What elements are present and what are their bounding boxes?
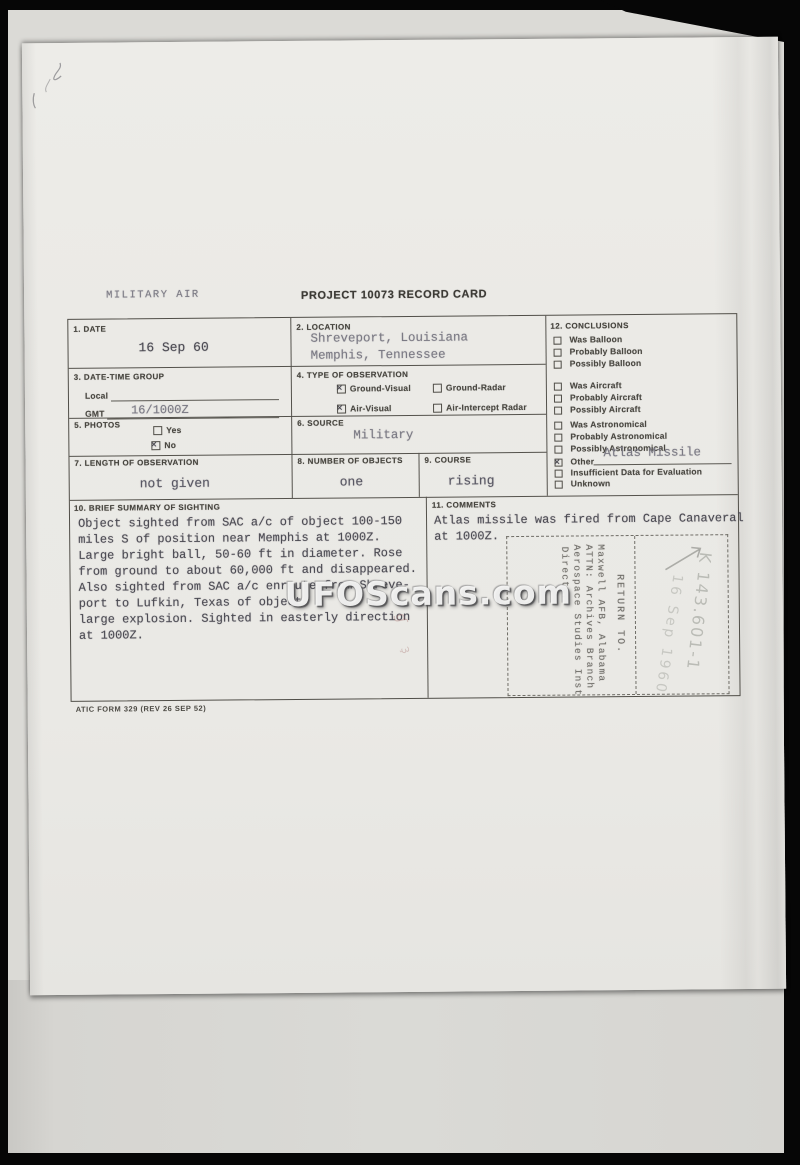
pencil-date-note: 16 Sep 1960 <box>652 573 686 696</box>
source-value: Military <box>353 428 413 443</box>
conclusion-item: Probably Astronomical <box>570 431 667 442</box>
stamp-address-line-3: ATTN: Archives Branch <box>583 544 595 692</box>
scanned-document-page: { "page": { "watermark": "UFOScans.com" … <box>0 0 800 1165</box>
return-to-stamp: Director Aerospace Studies Inst ATTN: Ar… <box>506 534 729 696</box>
record-card-table: 1. DATE 16 Sep 60 2. LOCATION Shreveport… <box>67 313 740 702</box>
photos-yes-label: Yes <box>166 425 181 435</box>
conclusion-item: Possibly Balloon <box>570 358 642 369</box>
air-intercept-radar-label: Air-Intercept Radar <box>446 402 527 413</box>
conclusion-checkbox <box>554 349 562 357</box>
conclusion-checkbox <box>554 422 562 430</box>
backing-sheet-shadow <box>8 980 784 1153</box>
conclusion-item: Was Astronomical <box>570 419 647 430</box>
stamp-address-line-4: Maxwell AFB, Alabama <box>595 544 607 692</box>
photos-no-checkbox <box>151 441 160 450</box>
conclusion-other-checkbox <box>555 459 563 467</box>
length-of-observation-value: not given <box>140 476 210 492</box>
photos-label: 5. PHOTOS <box>74 420 120 429</box>
summary-line-8: at 1000Z. <box>79 628 144 643</box>
course-label: 9. COURSE <box>424 455 471 464</box>
ground-visual-checkbox <box>337 385 346 394</box>
source-label: 6. SOURCE <box>297 419 344 428</box>
conclusions-list: Was Balloon Probably Balloon Possibly Ba… <box>550 314 738 496</box>
air-visual-checkbox <box>337 405 346 414</box>
gmt-label: GMT <box>85 409 105 419</box>
conclusion-item: Was Balloon <box>569 334 622 344</box>
ground-radar-checkbox <box>433 384 442 393</box>
local-underline <box>111 399 279 401</box>
gmt-underline <box>107 417 279 420</box>
conclusion-checkbox <box>554 446 562 454</box>
ground-visual-label: Ground-Visual <box>350 383 411 394</box>
classification-stamp: MILITARY AIR <box>106 289 200 302</box>
column-divider-2 <box>545 316 548 496</box>
summary-line-2: miles S of position near Memphis at 1000… <box>78 530 381 547</box>
air-intercept-radar-checkbox <box>433 404 442 413</box>
row-divider-1 <box>69 364 546 369</box>
stamp-inner-divider <box>634 536 636 694</box>
conclusion-checkbox <box>555 481 563 489</box>
number-of-objects-label: 8. NUMBER OF OBJECTS <box>297 456 402 466</box>
local-label: Local <box>85 391 108 401</box>
conclusion-item: Possibly Aircraft <box>570 404 641 415</box>
number-of-objects-value: one <box>340 474 364 489</box>
photos-yes-checkbox <box>153 426 162 435</box>
pen-squiggle-mark <box>32 55 82 110</box>
conclusion-item: Unknown <box>571 478 611 488</box>
conclusion-checkbox <box>554 361 562 369</box>
type-of-observation-label: 4. TYPE OF OBSERVATION <box>297 370 409 380</box>
conclusion-checkbox <box>554 434 562 442</box>
conclusion-checkbox <box>554 407 562 415</box>
conclusion-checkbox <box>553 337 561 345</box>
column-divider-course <box>418 453 419 497</box>
summary-label: 10. BRIEF SUMMARY OF SIGHTING <box>74 503 220 513</box>
conclusion-other-underline <box>594 463 732 465</box>
column-divider-1 <box>290 318 293 498</box>
stamp-address-line-2: Aerospace Studies Inst <box>571 544 583 692</box>
conclusion-checkbox <box>554 395 562 403</box>
conclusion-checkbox <box>555 470 563 478</box>
form-number: ATIC FORM 329 (REV 26 SEP 52) <box>76 704 207 714</box>
photos-no-label: No <box>164 440 176 450</box>
location-line-1: Shreveport, Louisiana <box>310 330 468 345</box>
conclusion-item-other: Other <box>570 456 594 466</box>
conclusion-item: Probably Aircraft <box>570 392 642 403</box>
summary-line-1: Object sighted from SAC a/c of object 10… <box>78 514 402 531</box>
length-of-observation-label: 7. LENGTH OF OBSERVATION <box>74 458 198 468</box>
location-line-2: Memphis, Tennessee <box>311 348 446 363</box>
conclusion-other-value: Atlas Missile <box>603 445 701 460</box>
summary-line-6: port to Lufkin, Texas of object <box>79 595 302 611</box>
course-value: rising <box>448 473 495 488</box>
conclusion-item: Was Aircraft <box>570 380 622 390</box>
record-card-paper: MILITARY AIR PROJECT 10073 RECORD CARD 1… <box>22 37 786 996</box>
conclusion-item: Insufficient Data for Evaluation <box>571 466 703 477</box>
date-value: 16 Sep 60 <box>138 340 208 356</box>
date-label: 1. DATE <box>73 325 106 334</box>
date-time-group-label: 3. DATE-TIME GROUP <box>74 372 165 382</box>
pencil-scribble-mark-2: Ҙ <box>398 646 411 656</box>
watermark: UFOScans.com <box>285 573 573 615</box>
conclusion-item: Probably Balloon <box>570 346 643 357</box>
page-title: PROJECT 10073 RECORD CARD <box>264 288 524 302</box>
comments-line-2: at 1000Z. <box>434 529 499 544</box>
conclusion-checkbox <box>554 383 562 391</box>
comments-label: 11. COMMENTS <box>432 500 496 510</box>
stamp-address-line-1: Director <box>559 547 571 692</box>
comments-line-1: Atlas missile was fired from Cape Canave… <box>434 511 744 528</box>
stamp-return-to-label: RETURN TO. <box>614 574 626 674</box>
ground-radar-label: Ground-Radar <box>446 382 506 393</box>
summary-line-3: Large bright ball, 50-60 ft in diameter.… <box>78 546 402 563</box>
air-visual-label: Air-Visual <box>350 403 392 413</box>
row-divider-4 <box>70 494 738 501</box>
gmt-value: 16/1000Z <box>131 403 189 418</box>
location-label: 2. LOCATION <box>296 322 351 331</box>
